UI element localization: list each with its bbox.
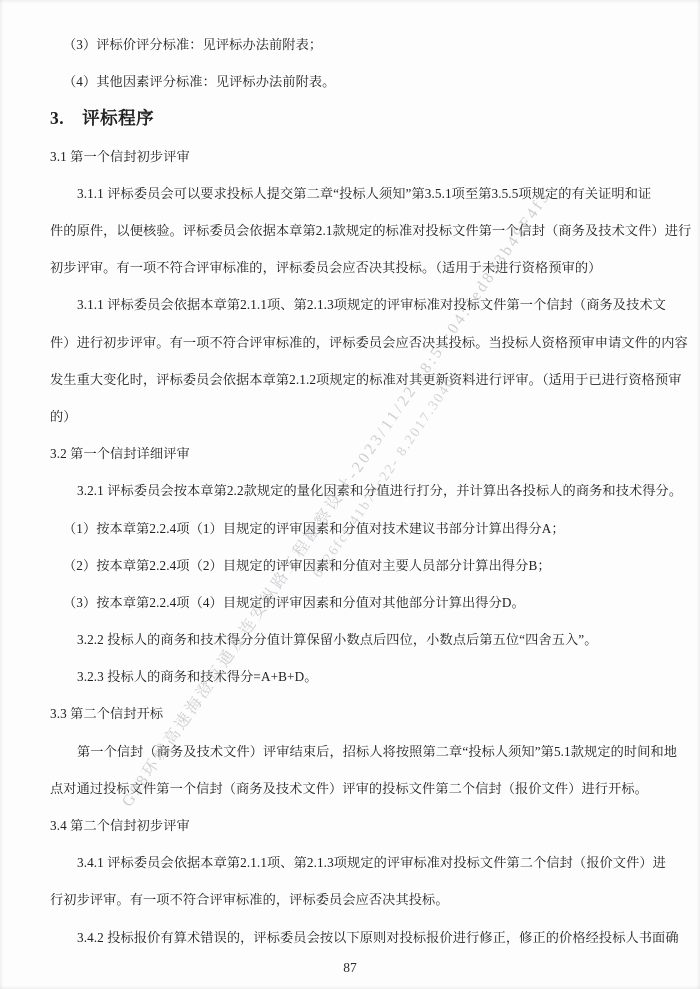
- text-line: 点对通过投标文件第一个信封（商务及技术文件）评审的投标文件第二个信封（报价文件）…: [50, 769, 660, 806]
- text-line: 3.4 第二个信封初步评审: [50, 806, 660, 843]
- text-line: 初步评审。有一项不符合评审标准的，评标委员会应否决其投标。（适用于未进行资格预审…: [50, 248, 660, 285]
- text-line: （3）按本章第2.2.4项（4）目规定的评审因素和分值对其他部分计算出得分D。: [50, 583, 660, 620]
- text-line: 3.4.1 评标委员会依据本章第2.1.1项、第2.1.3项规定的评审标准对投标…: [50, 843, 660, 880]
- text-line: 件的原件，以便核验。评标委员会依据本章第2.1款规定的标准对投标文件第一个信封（…: [50, 211, 660, 248]
- text-line: （4）其他因素评分标准：见评标办法前附表。: [50, 62, 660, 99]
- section-heading: 3. 评标程序: [50, 99, 660, 136]
- document-body: （3）评标价评分标准：见评标办法前附表；（4）其他因素评分标准：见评标办法前附表…: [50, 25, 660, 955]
- text-line: （1）按本章第2.2.4项（1）目规定的评审因素和分值对技术建议书部分计算出得分…: [50, 508, 660, 545]
- page-number: 87: [0, 960, 700, 976]
- text-line: 的）: [50, 397, 660, 434]
- text-line: 发生重大变化时，评标委员会依据本章第2.1.2项规定的标准对其更新资料进行评审。…: [50, 360, 660, 397]
- text-line: （2）按本章第2.2.4项（2）目规定的评审因素和分值对主要人员部分计算出得分B…: [50, 546, 660, 583]
- text-line: 3.2.3 投标人的商务和技术得分=A+B+D。: [50, 657, 660, 694]
- document-page: G98环城高速海澄互通及连安纵路工程勘察设计-2023/11/22 18:56:…: [0, 0, 700, 989]
- text-line: 3.2 第一个信封详细评审: [50, 434, 660, 471]
- text-line: 3.1.1 评标委员会依据本章第2.1.1项、第2.1.3项规定的评审标准对投标…: [50, 285, 660, 322]
- text-line: 行初步评审。有一项不符合评审标准的，评标委员会应否决其投标。: [50, 880, 660, 917]
- text-line: 3.3 第二个信封开标: [50, 694, 660, 731]
- text-line: 3.4.2 投标报价有算术错误的，评标委员会按以下原则对投标报价进行修正，修正的…: [50, 918, 660, 955]
- text-line: 3.1 第一个信封初步评审: [50, 137, 660, 174]
- text-line: 3.2.2 投标人的商务和技术得分分值计算保留小数点后四位，小数点后第五位“四舍…: [50, 620, 660, 657]
- text-line: 第一个信封（商务及技术文件）评审结束后，招标人将按照第二章“投标人须知”第5.1…: [50, 732, 660, 769]
- text-line: 3.1.1 评标委员会可以要求投标人提交第二章“投标人须知”第3.5.1项至第3…: [50, 174, 660, 211]
- text-line: 3.2.1 评标委员会按本章第2.2款规定的量化因素和分值进行打分，并计算出各投…: [50, 471, 660, 508]
- text-line: 件）进行初步评审。有一项不符合评审标准的，评标委员会应否决其投标。当投标人资格预…: [50, 323, 660, 360]
- text-line: （3）评标价评分标准：见评标办法前附表；: [50, 25, 660, 62]
